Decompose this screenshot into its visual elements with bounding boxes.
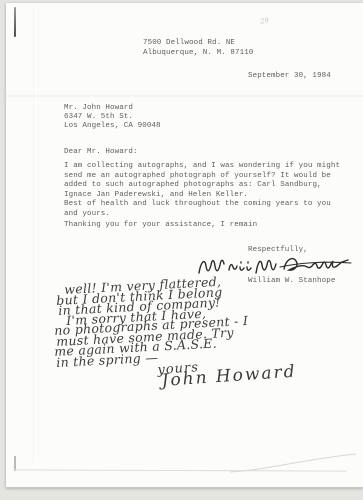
pen-stroke-artifact	[14, 7, 16, 37]
paper-crease	[228, 448, 358, 474]
typed-signature-name: William W. Stanhope	[248, 277, 335, 287]
pencil-annotation: 29	[259, 16, 269, 25]
letter-date: September 30, 1984	[248, 72, 331, 82]
body-paragraph-1: I am collecting autographs, and I was wo…	[64, 162, 340, 200]
recipient-address: Mr. John Howard 6347 W. 5th St. Los Ange…	[64, 104, 161, 131]
scanned-letter: 29 7500 Dellwood Rd. NE Albuquerque, N. …	[0, 0, 363, 500]
body-paragraph-2: Best of health and luck throughout the c…	[64, 200, 331, 219]
body-paragraph-3: Thanking you for your assistance, I rema…	[64, 221, 257, 231]
vertical-crease	[33, 8, 34, 463]
sender-address: 7500 Dellwood Rd. NE Albuquerque, N. M. …	[143, 39, 253, 58]
horizontal-fold-line	[6, 95, 363, 97]
salutation: Dear Mr. Howard:	[64, 148, 138, 158]
